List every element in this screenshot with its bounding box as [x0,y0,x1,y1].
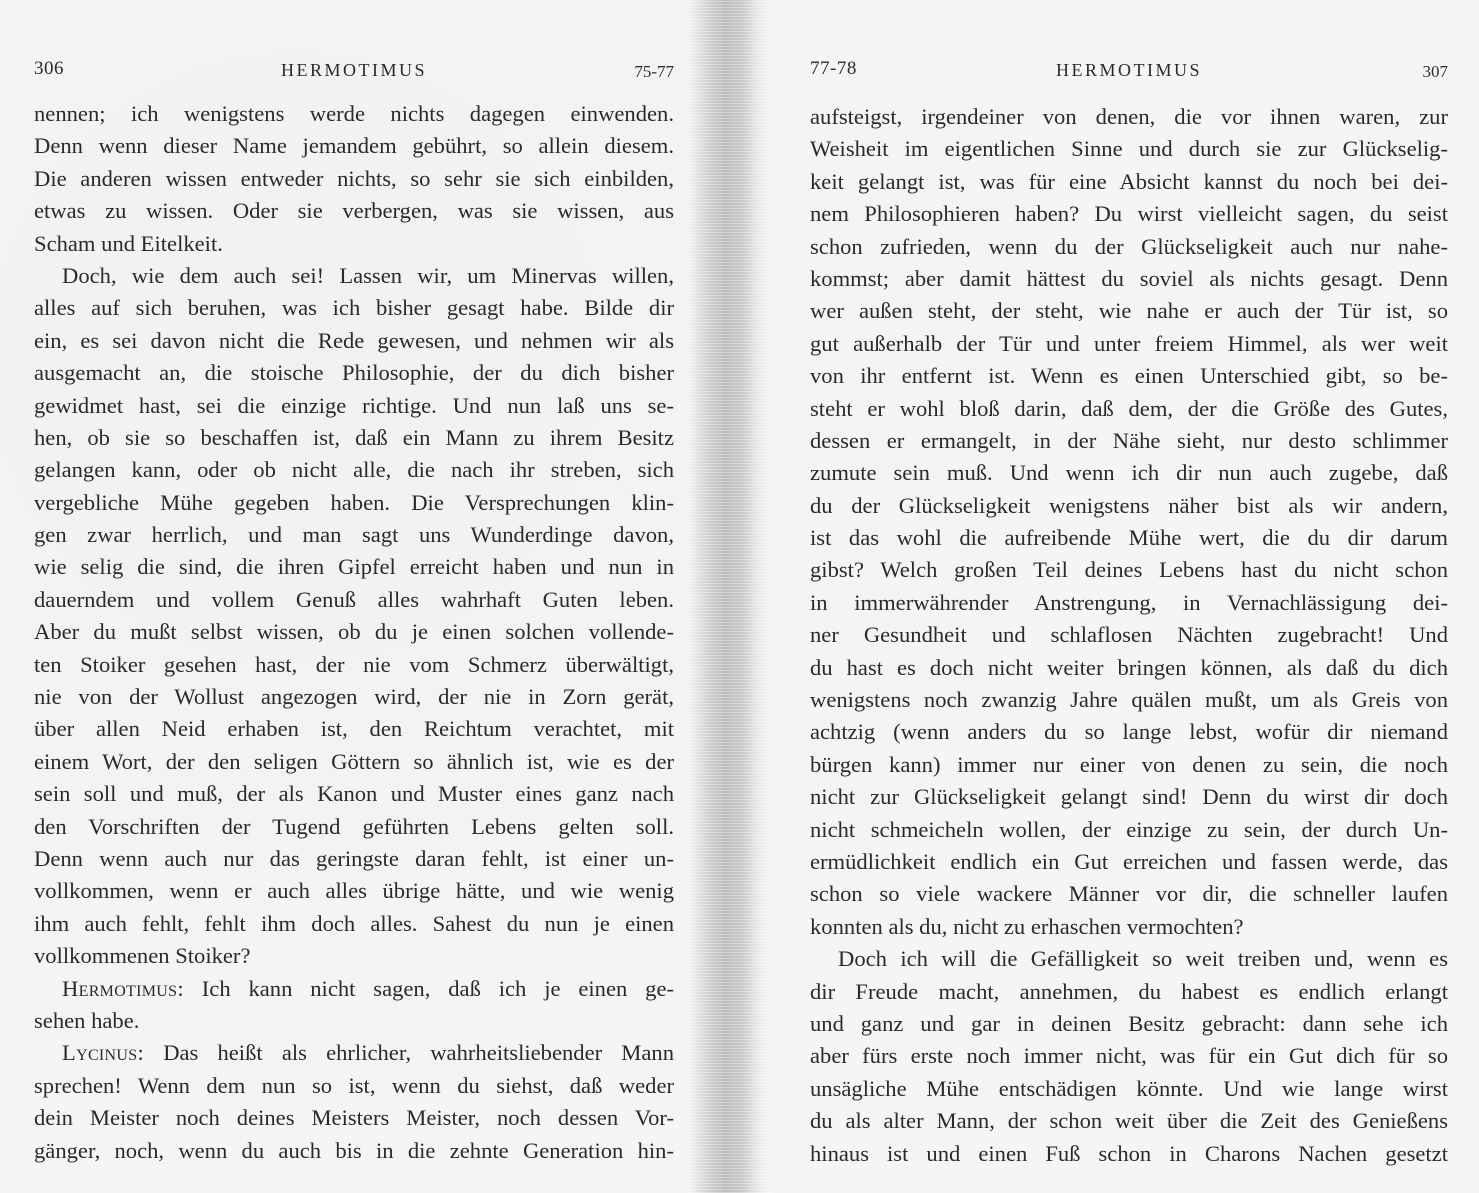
text-line: dessen er ermangelt, in der Nähe sieht, … [810,425,1448,457]
line-text: aufsteigst, irgendeiner von denen, die v… [810,104,1448,129]
line-text: nicht schmeicheln wollen, der einzige zu… [810,817,1448,842]
text-line: gibst? Welch großen Teil deines Lebens h… [810,554,1448,586]
line-text: steht er wohl bloß darin, daß dem, der d… [810,396,1448,421]
text-line: Lycinus: Das heißt als ehrlicher, wahrhe… [34,1037,674,1069]
line-text: vollkommen, wenn er auch alles übrige hä… [34,878,674,903]
line-text: alles auf sich beruhen, was ich bisher g… [34,295,674,320]
text-line: gewidmet hast, sei die einzige richtige.… [34,390,674,422]
page-number: 307 [1423,62,1449,82]
text-line: Denn wenn dieser Name jemandem gebührt, … [34,130,674,162]
line-text: ermüdlichkeit endlich ein Gut erreichen … [810,849,1448,874]
line-text: über allen Neid erhaben ist, den Reichtu… [34,716,674,741]
line-text: vergebliche Mühe gegeben haben. Die Vers… [34,490,674,515]
line-text: keit gelangt ist, was für eine Absicht k… [810,169,1448,194]
line-text: und ganz und gar in deinen Besitz gebrac… [810,1011,1448,1036]
text-line: Doch ich will die Gefälligkeit so weit t… [810,943,1448,975]
text-line: ten Stoiker gesehen hast, der nie vom Sc… [34,649,674,681]
text-line: dein Meister noch deines Meisters Meiste… [34,1102,674,1134]
line-text: ausgemacht an, die stoische Philosophie,… [34,360,674,385]
line-text: unsägliche Mühe entschädigen könnte. Und… [810,1076,1448,1101]
line-text: von ihr entfernt ist. Wenn es einen Unte… [810,363,1448,388]
text-line: gut außerhalb der Tür und unter freiem H… [810,328,1448,360]
text-line: achtzig (wenn anders du so lange lebst, … [810,716,1448,748]
line-text: sein soll und muß, der als Kanon und Mus… [34,781,674,806]
line-text: nennen; ich wenigstens werde nichts dage… [34,101,674,126]
text-line: schon so viele wackere Männer vor dir, d… [810,878,1448,910]
line-text: achtzig (wenn anders du so lange lebst, … [810,719,1448,744]
text-line: wer außen steht, der steht, wie nahe er … [810,295,1448,327]
line-text: ten Stoiker gesehen hast, der nie vom Sc… [34,652,674,677]
running-head-left: 306 HERMOTIMUS 75-77 [34,58,674,88]
line-text: zumute sein muß. Und wenn ich dir nun au… [810,460,1448,485]
line-text: ist das wohl die aufreibende Mühe wert, … [810,525,1448,550]
line-text: dauerndem und vollem Genuß alles wahrhaf… [34,587,674,612]
text-line: in immerwährender Anstrengung, in Vernac… [810,587,1448,619]
text-line: aber fürs erste noch immer nicht, was fü… [810,1040,1448,1072]
text-line: zumute sein muß. Und wenn ich dir nun au… [810,457,1448,489]
line-text: sprechen! Wenn dem nun so ist, wenn du s… [34,1073,674,1098]
text-line: ein, es sei davon nicht die Rede gewesen… [34,325,674,357]
text-line: du als alter Mann, der schon weit über d… [810,1105,1448,1137]
text-line: ihm auch fehlt, fehlt ihm doch alles. Sa… [34,908,674,940]
text-line: Weisheit im eigentlichen Sinne und durch… [810,133,1448,165]
line-text: wenigstens noch zwanzig Jahre quälen muß… [810,687,1448,712]
line-text: gen zwar herrlich, und man sagt uns Wund… [34,522,674,547]
text-line: ausgemacht an, die stoische Philosophie,… [34,357,674,389]
line-text: gibst? Welch großen Teil deines Lebens h… [810,557,1448,582]
left-page: 306 HERMOTIMUS 75-77 nennen; ich wenigst… [34,0,674,1193]
line-text: den Vorschriften der Tugend geführten Le… [34,814,674,839]
line-text: einem Wort, der den seligen Göttern so ä… [34,749,674,774]
line-text: etwas zu wissen. Oder sie verbergen, was… [34,198,674,223]
text-line: Die anderen wissen entweder nichts, so s… [34,163,674,195]
text-line: steht er wohl bloß darin, daß dem, der d… [810,393,1448,425]
section-range: 75-77 [634,62,674,82]
running-title: HERMOTIMUS [34,60,674,81]
line-text: schon so viele wackere Männer vor dir, d… [810,881,1448,906]
line-text: kommst; aber damit hättest du soviel als… [810,266,1448,291]
right-page: 77-78 HERMOTIMUS 307 aufsteigst, irgende… [810,0,1448,1193]
text-line: nie von der Wollust angezogen wird, der … [34,681,674,713]
line-text: konnten als du, nicht zu erhaschen vermo… [810,914,1244,939]
line-text: dein Meister noch deines Meisters Meiste… [34,1105,674,1130]
line-text: Weisheit im eigentlichen Sinne und durch… [810,136,1448,161]
line-text: sehen habe. [34,1008,139,1033]
line-text: hinaus ist und einen Fuß schon in Charon… [810,1141,1448,1166]
running-title: HERMOTIMUS [810,60,1448,81]
line-text: gelangen kann, oder ob nicht alle, die n… [34,457,674,482]
text-line: konnten als du, nicht zu erhaschen vermo… [810,911,1448,943]
text-line: nicht schmeicheln wollen, der einzige zu… [810,814,1448,846]
text-line: Aber du mußt selbst wissen, ob du je ein… [34,616,674,648]
speaker-name: Lycinus: [62,1040,144,1065]
text-line: sein soll und muß, der als Kanon und Mus… [34,778,674,810]
text-line: dir Freude macht, annehmen, du habest es… [810,976,1448,1008]
text-line: kommst; aber damit hättest du soviel als… [810,263,1448,295]
text-line: nicht zur Glückseligkeit gelangt sind! D… [810,781,1448,813]
text-line: etwas zu wissen. Oder sie verbergen, was… [34,195,674,227]
text-line: über allen Neid erhaben ist, den Reichtu… [34,713,674,745]
text-line: aufsteigst, irgendeiner von denen, die v… [810,101,1448,133]
text-line: wie selig die sind, die ihren Gipfel err… [34,551,674,583]
text-line: keit gelangt ist, was für eine Absicht k… [810,166,1448,198]
line-text: ner Gesundheit und schlaflosen Nächten z… [810,622,1448,647]
line-text: bürgen kann) immer nur einer von denen z… [810,752,1448,777]
text-line: wenigstens noch zwanzig Jahre quälen muß… [810,684,1448,716]
book-spread: 306 HERMOTIMUS 75-77 nennen; ich wenigst… [0,0,1479,1193]
line-text: wer außen steht, der steht, wie nahe er … [810,298,1448,323]
line-text: Doch, wie dem auch sei! Lassen wir, um M… [62,263,674,288]
line-text: schon zufrieden, wenn du der Glückseligk… [810,234,1448,259]
line-text: nicht zur Glückseligkeit gelangt sind! D… [810,784,1448,809]
text-line: schon zufrieden, wenn du der Glückseligk… [810,231,1448,263]
line-text: ihm auch fehlt, fehlt ihm doch alles. Sa… [34,911,674,936]
text-line: Hermotimus: Ich kann nicht sagen, daß ic… [34,973,674,1005]
line-text: Doch ich will die Gefälligkeit so weit t… [838,946,1448,971]
text-line: Denn wenn auch nur das geringste daran f… [34,843,674,875]
text-line: alles auf sich beruhen, was ich bisher g… [34,292,674,324]
book-gutter [688,0,770,1193]
text-line: du hast es doch nicht weiter bringen kön… [810,652,1448,684]
text-line: dauerndem und vollem Genuß alles wahrhaf… [34,584,674,616]
line-text: du der Glückseligkeit wenigstens näher b… [810,493,1448,518]
line-text: Denn wenn dieser Name jemandem gebührt, … [34,133,674,158]
text-line: bürgen kann) immer nur einer von denen z… [810,749,1448,781]
text-line: sprechen! Wenn dem nun so ist, wenn du s… [34,1070,674,1102]
text-line: vollkommenen Stoiker? [34,940,674,972]
line-text: Aber du mußt selbst wissen, ob du je ein… [34,619,674,644]
text-line: vergebliche Mühe gegeben haben. Die Vers… [34,487,674,519]
text-line: gelangen kann, oder ob nicht alle, die n… [34,454,674,486]
text-line: nennen; ich wenigstens werde nichts dage… [34,98,674,130]
line-text: du hast es doch nicht weiter bringen kön… [810,655,1448,680]
text-line: gen zwar herrlich, und man sagt uns Wund… [34,519,674,551]
line-text: gewidmet hast, sei die einzige richtige.… [34,393,674,418]
line-text: Scham und Eitelkeit. [34,231,223,256]
line-text: nie von der Wollust angezogen wird, der … [34,684,674,709]
text-line: sehen habe. [34,1005,674,1037]
text-line: hen, ob sie so beschaffen ist, daß ein M… [34,422,674,454]
line-text: Denn wenn auch nur das geringste daran f… [34,846,674,871]
text-line: einem Wort, der den seligen Göttern so ä… [34,746,674,778]
line-text: Ich kann nicht sagen, daß ich je einen g… [184,976,674,1001]
text-line: ner Gesundheit und schlaflosen Nächten z… [810,619,1448,651]
text-line: vollkommen, wenn er auch alles übrige hä… [34,875,674,907]
text-line: du der Glückseligkeit wenigstens näher b… [810,490,1448,522]
page-body-text: nennen; ich wenigstens werde nichts dage… [34,98,674,1167]
line-text: Das heißt als ehrlicher, wahrheitslieben… [144,1040,674,1065]
line-text: in immerwährender Anstrengung, in Vernac… [810,590,1448,615]
text-line: hinaus ist und einen Fuß schon in Charon… [810,1138,1448,1170]
line-text: du als alter Mann, der schon weit über d… [810,1108,1448,1133]
text-line: von ihr entfernt ist. Wenn es einen Unte… [810,360,1448,392]
line-text: ein, es sei davon nicht die Rede gewesen… [34,328,674,353]
page-body-text: aufsteigst, irgendeiner von denen, die v… [810,101,1448,1170]
line-text: Die anderen wissen entweder nichts, so s… [34,166,674,191]
speaker-name: Hermotimus: [62,976,184,1001]
line-text: dir Freude macht, annehmen, du habest es… [810,979,1448,1004]
line-text: hen, ob sie so beschaffen ist, daß ein M… [34,425,674,450]
text-line: den Vorschriften der Tugend geführten Le… [34,811,674,843]
line-text: dessen er ermangelt, in der Nähe sieht, … [810,428,1448,453]
line-text: gut außerhalb der Tür und unter freiem H… [810,331,1448,356]
text-line: gänger, noch, wenn du auch bis in die ze… [34,1135,674,1167]
text-line: ermüdlichkeit endlich ein Gut erreichen … [810,846,1448,878]
running-head-right: 77-78 HERMOTIMUS 307 [810,58,1448,88]
text-line: und ganz und gar in deinen Besitz gebrac… [810,1008,1448,1040]
line-text: vollkommenen Stoiker? [34,943,250,968]
text-line: unsägliche Mühe entschädigen könnte. Und… [810,1073,1448,1105]
text-line: ist das wohl die aufreibende Mühe wert, … [810,522,1448,554]
line-text: aber fürs erste noch immer nicht, was fü… [810,1043,1448,1068]
text-line: Scham und Eitelkeit. [34,228,674,260]
text-line: nem Philosophieren haben? Du wirst viell… [810,198,1448,230]
line-text: gänger, noch, wenn du auch bis in die ze… [34,1138,674,1163]
line-text: wie selig die sind, die ihren Gipfel err… [34,554,674,579]
text-line: Doch, wie dem auch sei! Lassen wir, um M… [34,260,674,292]
line-text: nem Philosophieren haben? Du wirst viell… [810,201,1448,226]
